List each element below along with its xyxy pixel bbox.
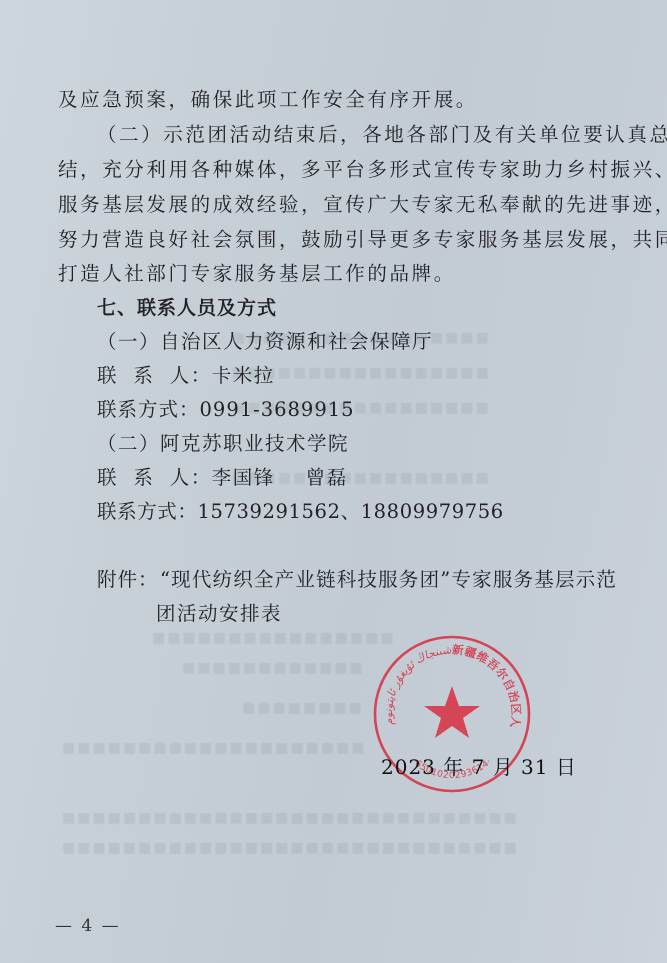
bleed-through-text: ■■■■■■■■■■■■■■■■■■■■■■■■■■■■■■: [60, 810, 517, 826]
paragraph-line: （二）示范团活动结束后，各地各部门及有关单位要认真总: [97, 123, 667, 147]
bleed-through-text: ■■■■■■■■■■■■■■■■■■■■: [60, 740, 365, 756]
bleed-through-text: ■■■■■■■■■■■■: [180, 660, 363, 676]
paragraph-line: 结，充分利用各种媒体，多平台多形式宣传专家助力乡村振兴、: [58, 158, 667, 182]
paragraph-line: 服务基层发展的成效经验，宣传广大专家无私奉献的先进事迹，: [58, 193, 667, 217]
contact-phone-2: 联系方式：15739291562、18809979756: [97, 500, 504, 524]
document-page: ■■■■■■■■■■■■■■■■■ ■■■■■■■■■■■■■■■■■ ■■■■…: [0, 0, 667, 963]
contact-phone-1: 联系方式：0991-3689915: [97, 398, 355, 422]
attachment-label: 附件：: [97, 568, 159, 592]
paragraph-line: 打造人社部门专家服务基层工作的品牌。: [58, 262, 456, 286]
attachment-title: “现代纺织全产业链科技服务团”专家服务基层示范: [160, 568, 617, 592]
bleed-through-text: ■■■■■■■■■■■■■■■■■■■■■■■■■■■■■■: [60, 840, 517, 856]
contact-person-1: 联 系 人：卡米拉: [97, 364, 275, 388]
paragraph-continuation: 及应急预案，确保此项工作安全有序开展。: [58, 88, 478, 112]
bleed-through-text: ■■■■■■■■■■■■■■■■: [150, 630, 394, 646]
document-date: 2023 年 7 月 31 日: [381, 751, 577, 780]
page-number: — 4 —: [55, 916, 121, 936]
contact-org-1: （一）自治区人力资源和社会保障厅: [97, 330, 433, 354]
section-heading: 七、联系人员及方式: [97, 296, 277, 320]
paragraph-line: 努力营造良好社会氛围，鼓励引导更多专家服务基层发展，共同: [58, 228, 667, 252]
bleed-through-text: ■■■■■■■■: [240, 700, 362, 716]
contact-person-2: 联 系 人：李国锋 曾磊: [97, 466, 348, 490]
attachment-title-cont: 团活动安排表: [156, 602, 282, 626]
contact-org-2: （二）阿克苏职业技术学院: [97, 432, 349, 456]
